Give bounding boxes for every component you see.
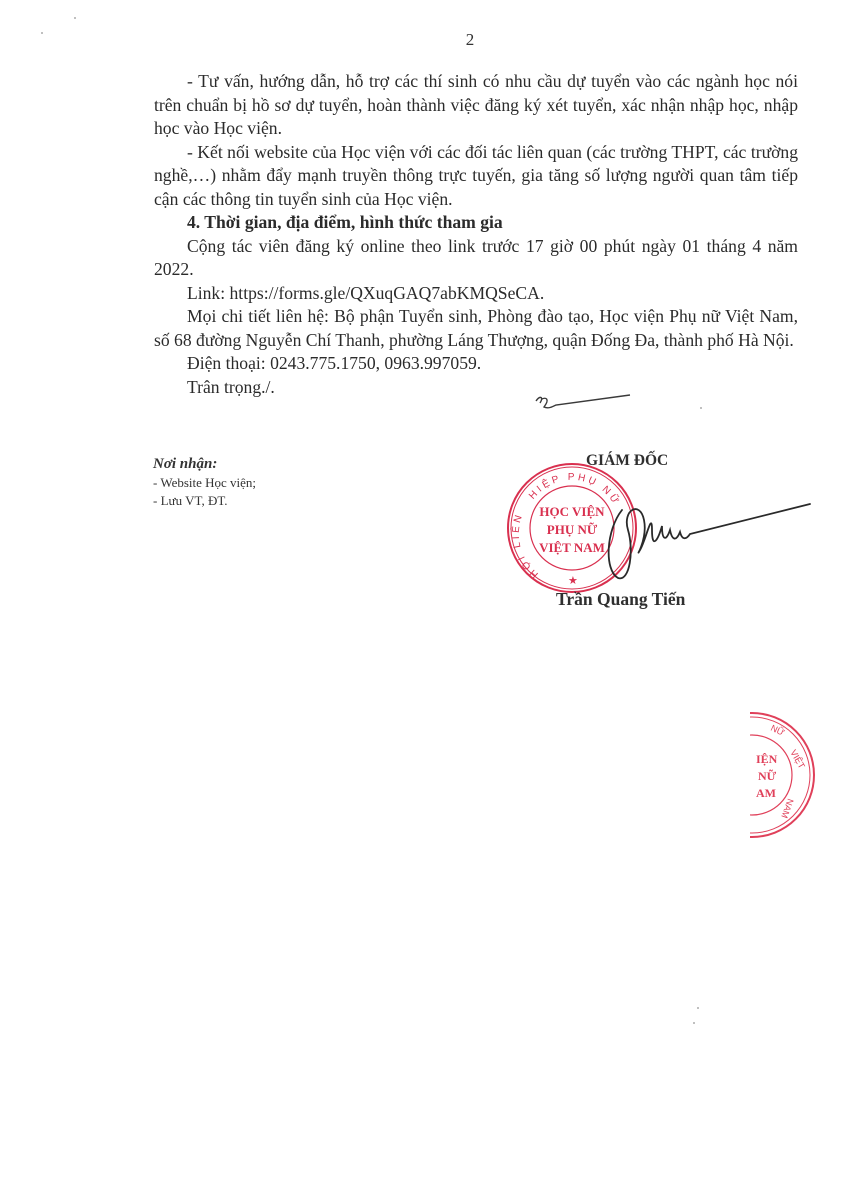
- signer-position: GIÁM ĐỐC: [586, 452, 668, 470]
- svg-text:VIỆT NAM: VIỆT NAM: [539, 540, 605, 555]
- svg-text:HỘI LIÊN: HỘI LIÊN: [509, 511, 541, 580]
- partial-stamp-icon: IỆN NỮ AM VIỆT NAM NỮ: [742, 700, 817, 850]
- recipients-title: Nơi nhận:: [153, 454, 256, 474]
- scan-speck: [693, 1022, 695, 1024]
- paragraph-registration-link[interactable]: Link: https://forms.gle/QXuqGAQ7abKMQSeC…: [154, 282, 798, 306]
- recipients-block: Nơi nhận: - Website Học viện; - Lưu VT, …: [153, 454, 256, 510]
- paragraph-registration-deadline: Cộng tác viên đăng ký online theo link t…: [154, 235, 798, 282]
- recipient-item: - Website Học viện;: [153, 474, 256, 492]
- svg-text:PHỤ NỮ: PHỤ NỮ: [547, 522, 598, 537]
- handwritten-signature-icon: [600, 490, 820, 590]
- svg-text:NỮ: NỮ: [769, 723, 786, 738]
- paragraph-website-connection: - Kết nối website của Học viện với các đ…: [154, 141, 798, 212]
- svg-text:HỌC VIỆN: HỌC VIỆN: [539, 504, 605, 519]
- scan-speck: [41, 32, 43, 34]
- svg-text:★: ★: [568, 575, 578, 587]
- recipient-item: - Lưu VT, ĐT.: [153, 492, 256, 510]
- svg-text:NỮ: NỮ: [758, 769, 777, 783]
- scan-speck: [700, 407, 702, 409]
- letter-body: - Tư vấn, hướng dẫn, hỗ trợ các thí sinh…: [154, 70, 798, 399]
- signer-name: Trần Quang Tiến: [556, 589, 685, 610]
- section-heading-time-place: 4. Thời gian, địa điểm, hình thức tham g…: [154, 211, 798, 235]
- scan-speck: [697, 1007, 699, 1009]
- paragraph-closing: Trân trọng./.: [154, 376, 798, 400]
- scan-speck: [74, 17, 76, 19]
- paragraph-consulting: - Tư vấn, hướng dẫn, hỗ trợ các thí sinh…: [154, 70, 798, 141]
- paragraph-phone: Điện thoại: 0243.775.1750, 0963.997059.: [154, 352, 798, 376]
- page-number: 2: [0, 30, 848, 50]
- svg-text:IỆN: IỆN: [756, 752, 778, 766]
- svg-text:AM: AM: [756, 786, 776, 800]
- signature-block: HIỆP PHỤ NỮ HỘI LIÊN HỌC VIỆN PHỤ NỮ VIỆ…: [490, 452, 820, 622]
- paragraph-contact-address: Mọi chi tiết liên hệ: Bộ phận Tuyển sinh…: [154, 305, 798, 352]
- initials-mark-icon: [530, 393, 640, 423]
